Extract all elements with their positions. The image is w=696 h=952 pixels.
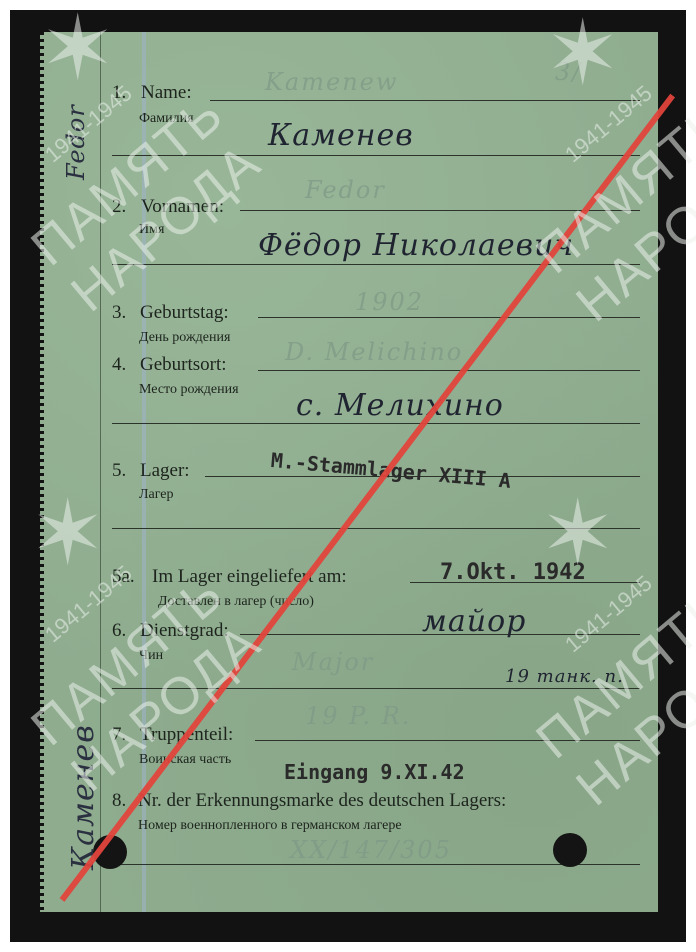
field-2-value-handwritten: Фёдор Николаевич [258, 228, 574, 263]
field-4-label-ru: Место рождения [139, 382, 239, 398]
field-5-label-de: Lager: [140, 460, 190, 482]
field-5-label-ru: Лагер [139, 487, 173, 503]
field-6-value-typed: Major [292, 648, 374, 676]
perforated-edge [36, 32, 44, 912]
field-5a-label-de: Im Lager eingeliefert am: [152, 566, 347, 588]
field-3-number: 3. [112, 302, 126, 324]
field-8-value-typed: XX/147/305 [290, 836, 452, 864]
field-4-rule-2 [112, 423, 640, 424]
watermark-star-icon: ✶ [545, 10, 620, 100]
field-1-value-handwritten: Каменев [268, 118, 414, 153]
field-3-value-typed: 1902 [355, 288, 424, 316]
field-6-value-handwritten: майор [422, 604, 526, 639]
field-2-number: 2. [112, 196, 126, 218]
field-8-number: 8. [112, 790, 126, 812]
field-8-label-ru: Номер военнопленного в германском лагере [138, 818, 402, 834]
field-7-received-stamp: Eingang 9.XI.42 [284, 760, 465, 784]
field-1-rule-2 [112, 155, 640, 156]
field-2-value-typed: Fedor [305, 176, 386, 204]
field-3-label-de: Geburtstag: [140, 302, 229, 324]
field-4-value-handwritten: с. Мелихино [296, 388, 504, 423]
watermark-star-icon: ✶ [540, 490, 615, 580]
field-1-value-typed: Kamenew [265, 68, 398, 96]
field-6-rule-2 [112, 688, 640, 689]
field-6-label-de: Dienstgrad: [140, 620, 229, 642]
field-1-label-ru: Фамилия [139, 111, 194, 127]
field-2-label-de: Vornamen: [141, 196, 224, 218]
field-3-rule [258, 317, 640, 318]
field-2-rule-2 [112, 264, 640, 265]
field-8-label-de: Nr. der Erkennungsmarke des deutschen La… [138, 790, 506, 812]
watermark-star-icon: ✶ [30, 490, 105, 580]
field-1-label-de: Name: [141, 82, 192, 104]
field-7-rule [255, 740, 640, 741]
field-5-number: 5. [112, 460, 126, 482]
field-7-number: 7. [112, 724, 126, 746]
field-6-value-handwritten-unit: 19 танк. п. [505, 666, 624, 687]
field-4-label-de: Geburtsort: [140, 354, 227, 376]
field-6-label-ru: Чин [139, 648, 163, 664]
field-2-label-ru: Имя [139, 222, 164, 238]
side-note-top: Fedor [62, 104, 90, 180]
field-7-value-typed: 19 P. R. [305, 702, 411, 730]
field-3-label-ru: День рождения [139, 330, 230, 346]
field-6-number: 6. [112, 620, 126, 642]
punch-hole-right [553, 833, 587, 867]
field-4-rule [258, 370, 640, 371]
field-5a-number: 5a. [112, 566, 135, 588]
field-4-number: 4. [112, 354, 126, 376]
field-7-label-ru: Воинская часть [139, 752, 231, 768]
watermark-star-icon: ✶ [40, 5, 115, 95]
field-4-value-typed: D. Melichino [285, 338, 463, 366]
